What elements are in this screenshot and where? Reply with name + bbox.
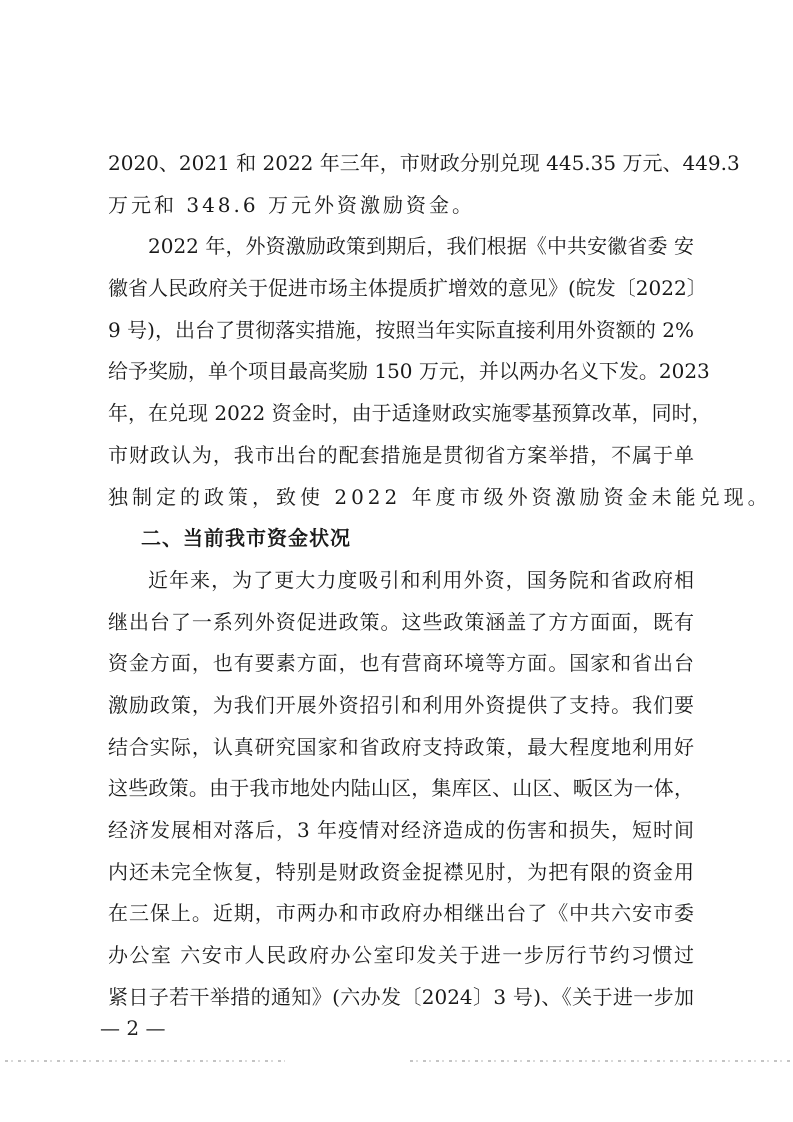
text-line: 办公室 六安市人民政府办公室印发关于进一步厉行节约习惯过 — [108, 935, 694, 977]
text-line: 万元和 348.6 万元外资激励资金。 — [108, 185, 694, 227]
text-line: 紧日子若干举措的通知》(六办发〔2024〕3 号)、《关于进一步加 — [108, 977, 694, 1019]
text-line: 在三保上。近期，市两办和市政府办相继出台了《中共六安市委 — [108, 893, 694, 935]
text-line: 徽省人民政府关于促进市场主体提质扩增效的意见》(皖发〔2022〕 — [108, 268, 694, 310]
section-heading: 二、当前我市资金状况 — [108, 518, 694, 560]
text-line: 结合实际，认真研究国家和省政府支持政策，最大程度地利用好 — [108, 727, 694, 769]
scan-artifact-line — [410, 1060, 793, 1062]
text-line: 激励政策，为我们开展外资招引和利用外资提供了支持。我们要 — [108, 685, 694, 727]
text-line: 9 号)，出台了贯彻落实措施，按照当年实际直接利用外资额的 2% — [108, 310, 694, 352]
text-line: 年，在兑现 2022 资金时，由于适逢财政实施零基预算改革，同时， — [108, 393, 694, 435]
text-line: 给予奖励，单个项目最高奖励 150 万元，并以两办名义下发。2023 — [108, 351, 694, 393]
text-line: 市财政认为，我市出台的配套措施是贯彻省方案举措，不属于单 — [108, 435, 694, 477]
paragraph-start-line: 2022 年，外资激励政策到期后，我们根据《中共安徽省委 安 — [108, 226, 694, 268]
page-number: — 2 — — [100, 1016, 165, 1040]
text-line: 继出台了一系列外资促进政策。这些政策涵盖了方方面面，既有 — [108, 602, 694, 644]
body-text: 2020、2021 和 2022 年三年，市财政分别兑现 445.35 万元、4… — [108, 143, 694, 1018]
text-line: 独制定的政策，致使 2022 年度市级外资激励资金未能兑现。 — [108, 477, 694, 519]
text-line: 资金方面，也有要素方面，也有营商环境等方面。国家和省出台 — [108, 643, 694, 685]
text-line: 经济发展相对落后，3 年疫情对经济造成的伤害和损失，短时间 — [108, 810, 694, 852]
text-line: 内还未完全恢复，特别是财政资金捉襟见肘，为把有限的资金用 — [108, 852, 694, 894]
document-page: 2020、2021 和 2022 年三年，市财政分别兑现 445.35 万元、4… — [0, 0, 793, 1122]
text-line: 2020、2021 和 2022 年三年，市财政分别兑现 445.35 万元、4… — [108, 143, 694, 185]
text-line: 这些政策。由于我市地处内陆山区，集库区、山区、畈区为一体， — [108, 768, 694, 810]
paragraph-start-line: 近年来，为了更大力度吸引和利用外资，国务院和省政府相 — [108, 560, 694, 602]
scan-artifact-line — [5, 1060, 285, 1062]
